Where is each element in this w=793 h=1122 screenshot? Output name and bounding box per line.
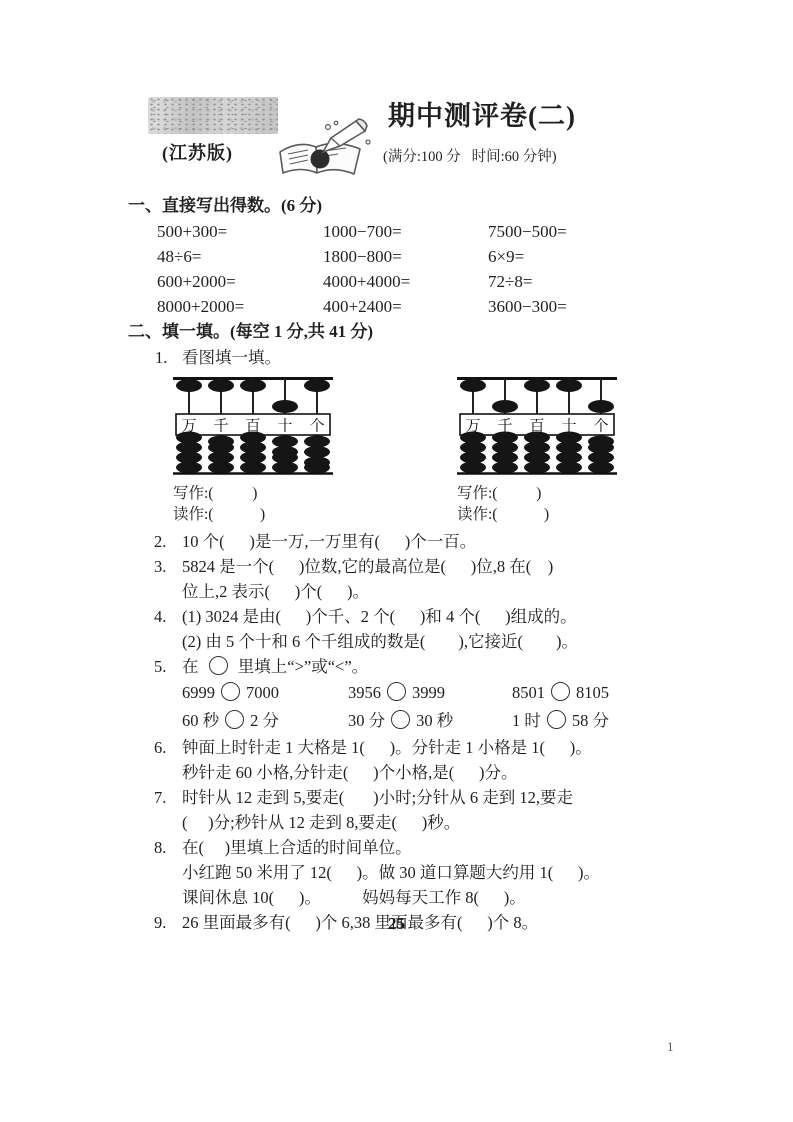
place-value-label: 千 [213, 418, 228, 435]
equation: 1000−700= [323, 219, 488, 244]
mental-math-grid: 500+300=1000−700=7500−500=48÷6=1800−800=… [128, 219, 692, 319]
blurred-stamp [148, 97, 278, 134]
abacus-bead [492, 400, 518, 413]
equation: 4000+4000= [323, 269, 488, 294]
item-line: 5824 是一个( )位数,它的最高位是( )位,8 在( ) [182, 554, 692, 579]
equation: 8000+2000= [157, 294, 323, 319]
item-number: 7. [154, 785, 166, 810]
place-value-label: 十 [277, 418, 292, 435]
comparison-pair: 85018105 [512, 679, 692, 707]
item-line: 钟面上时针走 1 大格是 1( )。分针走 1 小格是 1( )。 [182, 735, 692, 760]
equation: 3600−300= [488, 294, 692, 319]
item-text: 里填上“>”或“<”。 [234, 657, 369, 676]
comparison-circle [551, 682, 570, 701]
write-as-blank: 写作:( ) [457, 483, 629, 504]
comparison-pair: 1 时58 分 [512, 707, 692, 735]
abacus-figure: 万千百十个 [173, 376, 333, 476]
abacus-bead [556, 432, 582, 444]
comparison-left: 6999 [182, 683, 215, 702]
fill-in-item: 3.5824 是一个( )位数,它的最高位是( )位,8 在( )位上,2 表示… [128, 554, 692, 604]
comparison-circle [391, 710, 410, 729]
write-as-blank: 写作:( ) [173, 483, 345, 504]
abacus-bead [304, 446, 330, 458]
comparison-left: 8501 [512, 683, 545, 702]
fill-in-item: 6.钟面上时针走 1 大格是 1( )。分针走 1 小格是 1( )。秒针走 6… [128, 735, 692, 785]
abacus-bead [208, 442, 234, 454]
item-text: 在 [182, 657, 203, 676]
comparison-left: 3956 [348, 683, 381, 702]
read-as-blank: 读作:( ) [173, 504, 345, 525]
equation: 500+300= [157, 219, 323, 244]
comparison-pair: 60 秒2 分 [182, 707, 348, 735]
abacus-bead [304, 436, 330, 448]
abacus-bead [272, 400, 298, 413]
abacus-bead [460, 379, 486, 392]
abacus-bead [272, 452, 298, 464]
abacus-bead [460, 432, 486, 444]
comparison-circle [387, 682, 406, 701]
scribble-ball [311, 150, 330, 169]
comparison-left: 1 时 [512, 711, 541, 730]
comparison-circle [221, 682, 240, 701]
comparison-right: 2 分 [250, 711, 279, 730]
equation: 72÷8= [488, 269, 692, 294]
abacus-bead [240, 379, 266, 392]
comparison-right: 58 分 [572, 711, 609, 730]
abacus-block: 万千百十个写作:( )读作:( ) [173, 376, 345, 525]
abacus-bead [556, 379, 582, 392]
comparison-left: 30 分 [348, 711, 385, 730]
abacus-bead [524, 379, 550, 392]
comparison-right: 8105 [576, 683, 609, 702]
item-number: 5. [154, 654, 166, 679]
item-line: 时针从 12 走到 5,要走( )小时;分针从 6 走到 12,要走 [182, 785, 692, 810]
corner-page-number: 1 [667, 1039, 674, 1055]
abacus-bead [492, 432, 518, 444]
abacus-bead [304, 462, 330, 474]
item-number: 2. [154, 529, 166, 554]
item-line: 小红跑 50 米用了 12( )。做 30 道口算题大约用 1( )。 [182, 860, 692, 885]
item-number: 3. [154, 554, 166, 579]
abacus-bead [176, 379, 202, 392]
fill-in-item: 5.在 里填上“>”或“<”。6999700039563999850181056… [128, 654, 692, 735]
comparison-pair: 69997000 [182, 679, 348, 707]
equation: 48÷6= [157, 244, 323, 269]
abacus-bead [588, 442, 614, 454]
comparison-circle [547, 710, 566, 729]
place-value-label: 个 [593, 418, 608, 435]
comparison-right: 7000 [246, 683, 279, 702]
item-1: 1. 看图填一填。 [128, 345, 692, 370]
item-number: 6. [154, 735, 166, 760]
equation: 7500−500= [488, 219, 692, 244]
item-line: (1) 3024 是由( )个千、2 个( )和 4 个( )组成的。 [182, 604, 692, 629]
comparison-left: 60 秒 [182, 711, 219, 730]
equation: 6×9= [488, 244, 692, 269]
abacus-bead [240, 432, 266, 444]
comparison-circle [225, 710, 244, 729]
fill-in-item: 2.10 个( )是一万,一万里有( )个一百。 [128, 529, 692, 554]
fill-in-item: 8.在( )里填上合适的时间单位。小红跑 50 米用了 12( )。做 30 道… [128, 835, 692, 910]
paper-body: 一、直接写出得数。(6 分) 500+300=1000−700=7500−500… [128, 193, 692, 935]
place-value-label: 个 [309, 418, 324, 435]
abacus-bead [524, 432, 550, 444]
book-pencil-illustration [268, 112, 372, 188]
item-line: 在( )里填上合适的时间单位。 [182, 835, 692, 860]
edition-label: (江苏版) [162, 139, 233, 165]
fill-in-items: 2.10 个( )是一万,一万里有( )个一百。3.5824 是一个( )位数,… [128, 529, 692, 935]
abacus-block: 万千百十个写作:( )读作:( ) [457, 376, 629, 525]
comparison-row: 60 秒2 分30 分30 秒1 时58 分 [182, 707, 692, 735]
comparison-pair: 30 分30 秒 [348, 707, 512, 735]
equation: 400+2400= [323, 294, 488, 319]
section-two-heading: 二、填一填。(每空 1 分,共 41 分) [128, 319, 692, 345]
equation: 1800−800= [323, 244, 488, 269]
comparison-right: 30 秒 [416, 711, 453, 730]
section-one-heading: 一、直接写出得数。(6 分) [128, 193, 692, 219]
item-line: 位上,2 表示( )个( )。 [182, 579, 692, 604]
abacus-bead [304, 379, 330, 392]
abacus-figure: 万千百十个 [457, 376, 617, 476]
fill-in-item: 7.时针从 12 走到 5,要走( )小时;分针从 6 走到 12,要走( )分… [128, 785, 692, 835]
item-1-text: 看图填一填。 [182, 348, 281, 367]
page-number: 25 [0, 914, 793, 934]
item-line: (2) 由 5 个十和 6 个千组成的数是( ),它接近( )。 [182, 629, 692, 654]
item-line: 秒针走 60 小格,分针走( )个小格,是( )分。 [182, 760, 692, 785]
item-number: 4. [154, 604, 166, 629]
test-paper-page: (江苏版) 期中测评卷(二) (满分:100 分 时间:60 分钟) 一、直接写… [0, 0, 793, 1122]
abacus-bead [272, 436, 298, 448]
item-line: 课间休息 10( )。 妈妈每天工作 8( )。 [182, 885, 692, 910]
item-line: ( )分;秒针从 12 走到 8,要走( )秒。 [182, 810, 692, 835]
equation: 600+2000= [157, 269, 323, 294]
item-line: 在 里填上“>”或“<”。 [182, 654, 692, 679]
paper-subtitle: (满分:100 分 时间:60 分钟) [383, 145, 557, 166]
item-number: 1. [155, 345, 167, 370]
paper-title: 期中测评卷(二) [388, 94, 576, 133]
item-line: 10 个( )是一万,一万里有( )个一百。 [182, 529, 692, 554]
read-as-blank: 读作:( ) [457, 504, 629, 525]
comparison-pair: 39563999 [348, 679, 512, 707]
abacus-bead [176, 432, 202, 444]
abacus-bead [208, 379, 234, 392]
abacus-bead [588, 400, 614, 413]
fill-in-item: 4.(1) 3024 是由( )个千、2 个( )和 4 个( )组成的。(2)… [128, 604, 692, 654]
abacus-figures: 万千百十个写作:( )读作:( )万千百十个写作:( )读作:( ) [173, 376, 692, 525]
comparison-row: 699970003956399985018105 [182, 679, 692, 707]
comparison-right: 3999 [412, 683, 445, 702]
item-number: 8. [154, 835, 166, 860]
comparison-circle [209, 656, 228, 675]
